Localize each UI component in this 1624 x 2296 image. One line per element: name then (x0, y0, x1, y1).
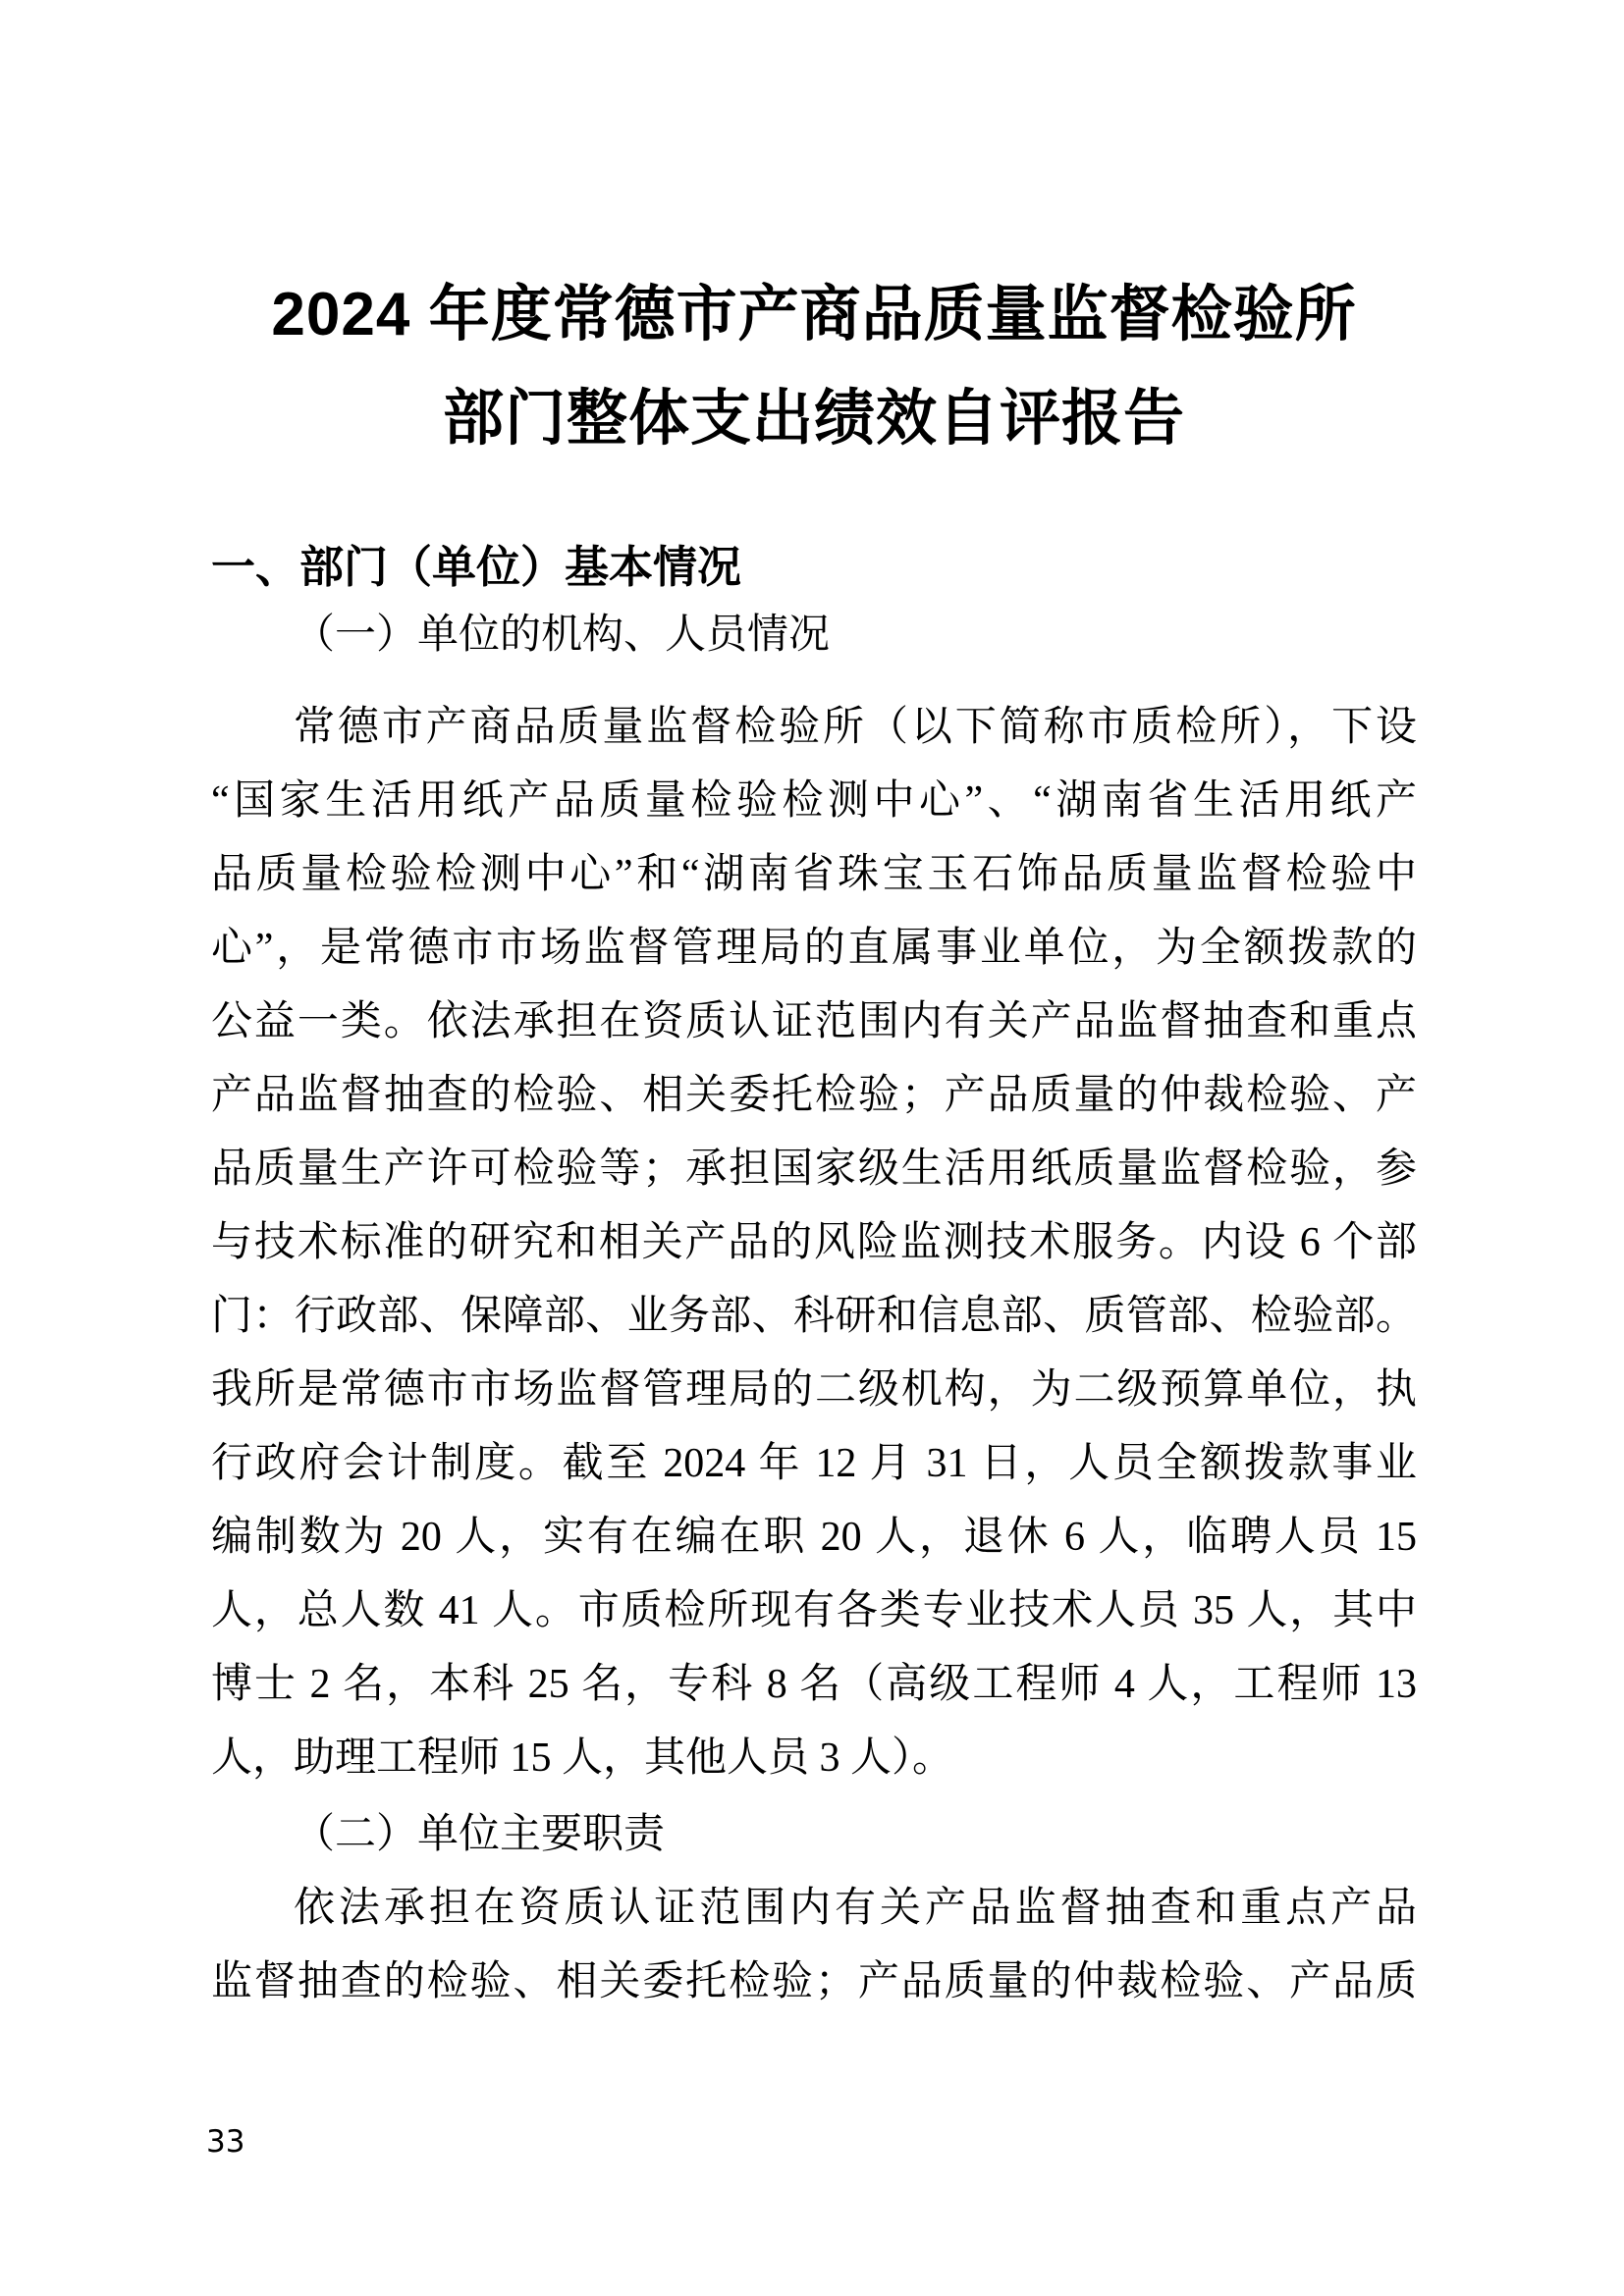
paragraph-line: 人，总人数 41 人。市质检所现有各类专业技术人员 35 人，其中 (211, 1575, 1417, 1648)
paragraph-line: 品质量生产许可检验等；承担国家级生活用纸质量监督检验，参 (211, 1133, 1417, 1206)
document-title-line: 2024 年度常德市产商品质量监督检验所 (211, 263, 1417, 367)
paragraph-main-duties: 依法承担在资质认证范围内有关产品监督抽查和重点产品监督抽查的检验、相关委托检验；… (211, 1872, 1417, 2019)
document-title: 2024 年度常德市产商品质量监督检验所部门整体支出绩效自评报告 (211, 0, 1417, 471)
paragraph-line: 品质量检验检测中心”和“湖南省珠宝玉石饰品质量监督检验中 (211, 838, 1417, 912)
paragraph-line: “国家生活用纸产品质量检验检测中心”、“湖南省生活用纸产 (211, 765, 1417, 838)
paragraph-line: 门：行政部、保障部、业务部、科研和信息部、质管部、检验部。 (211, 1280, 1417, 1354)
paragraph-organization-personnel: 常德市产商品质量监督检验所（以下简称市质检所），下设“国家生活用纸产品质量检验检… (211, 691, 1417, 1795)
section-heading-basic-info: 一、部门（单位）基本情况 (211, 538, 1417, 597)
paragraph-line: 心”，是常德市市场监督管理局的直属事业单位，为全额拨款的 (211, 912, 1417, 986)
subsection-heading-main-duties: （二）单位主要职责 (211, 1798, 1417, 1872)
paragraph-line: 博士 2 名，本科 25 名，专科 8 名（高级工程师 4 人，工程师 13 (211, 1648, 1417, 1722)
page-number: 33 (206, 2125, 244, 2159)
paragraph-line: 产品监督抽查的检验、相关委托检验；产品质量的仲裁检验、产 (211, 1059, 1417, 1133)
subsection-heading-organization-personnel: （一）单位的机构、人员情况 (211, 599, 1417, 672)
paragraph-line: 常德市产商品质量监督检验所（以下简称市质检所），下设 (211, 691, 1417, 765)
paragraph-line: 依法承担在资质认证范围内有关产品监督抽查和重点产品 (211, 1872, 1417, 1946)
document-page: 2024 年度常德市产商品质量监督检验所部门整体支出绩效自评报告 一、部门（单位… (0, 0, 1624, 2296)
paragraph-line: 编制数为 20 人，实有在编在职 20 人，退休 6 人，临聘人员 15 (211, 1501, 1417, 1575)
document-title-line: 部门整体支出绩效自评报告 (211, 367, 1417, 471)
paragraph-line: 公益一类。依法承担在资质认证范围内有关产品监督抽查和重点 (211, 986, 1417, 1059)
paragraph-line: 人，助理工程师 15 人，其他人员 3 人）。 (211, 1722, 1417, 1795)
paragraph-line: 与技术标准的研究和相关产品的风险监测技术服务。内设 6 个部 (211, 1206, 1417, 1280)
paragraph-line: 我所是常德市市场监督管理局的二级机构，为二级预算单位，执 (211, 1354, 1417, 1427)
paragraph-line: 监督抽查的检验、相关委托检验；产品质量的仲裁检验、产品质 (211, 1946, 1417, 2019)
document-content: 2024 年度常德市产商品质量监督检验所部门整体支出绩效自评报告 一、部门（单位… (211, 0, 1417, 2019)
paragraph-line: 行政府会计制度。截至 2024 年 12 月 31 日，人员全额拨款事业 (211, 1427, 1417, 1501)
